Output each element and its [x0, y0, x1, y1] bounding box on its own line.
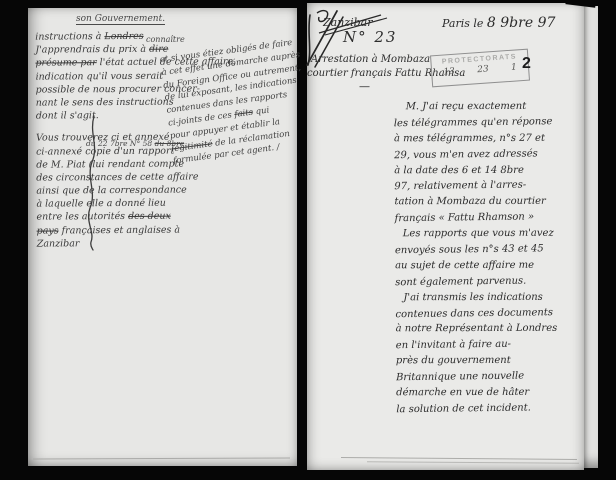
- manuscript-line: à laquelle elle a donné lieu: [36, 197, 206, 211]
- manuscript-line: Britannique une nouvelle: [396, 368, 588, 386]
- manuscript-line: sont également parvenus.: [395, 273, 587, 291]
- dateline-place: Paris le: [442, 17, 483, 30]
- manuscript-line: en l'invitant à faire au-: [396, 336, 588, 354]
- manuscript-line: à mes télégrammes, n°s 27 et: [394, 131, 586, 147]
- manuscript-line: entre les autorités des deux: [36, 210, 206, 224]
- manuscript-line: tation à Mombaza du courtier: [394, 194, 586, 210]
- stamp-field-2: 23: [477, 64, 489, 75]
- manuscript-line: instructions à Londres: [35, 29, 205, 43]
- page-bottom-edge-line: [33, 458, 290, 460]
- subject-line-1: Arrestation à Mombaza: [311, 54, 430, 65]
- interline-insert-text: son Gouvernement.: [76, 14, 165, 25]
- marginal-insert-block: et si vous étiez obligés de faire à cet …: [159, 35, 323, 169]
- separator-dash: —: [359, 80, 370, 93]
- page-edge-strip: [584, 6, 598, 468]
- page-stack-edge-line: [341, 457, 577, 460]
- manuscript-line: J'ai transmis les indications: [395, 289, 587, 305]
- manuscript-line: près du gouvernement: [396, 353, 588, 369]
- left-page: son Gouvernement. connaître du 22 7bre N…: [28, 8, 297, 466]
- folio-number: 2: [522, 55, 531, 73]
- stamp-field-3: 1: [511, 62, 517, 72]
- page-stack-edge-line: [367, 461, 579, 463]
- manuscript-line: M. J'ai reçu exactement: [394, 99, 586, 115]
- manuscript-line: les télégrammes qu'en réponse: [394, 114, 586, 132]
- deletion-squiggle-mark: [80, 116, 114, 250]
- right-page: Zanzibar N° 23 Arrestation à Mombaza cou…: [307, 3, 584, 470]
- protectorats-registry-stamp: PROTECTORATS 13 23 1: [430, 49, 530, 88]
- manuscript-line: la solution de cet incident.: [396, 400, 588, 418]
- dispatch-number: N° 23: [343, 28, 397, 46]
- manuscript-line: pays françaises et anglaises à: [37, 223, 207, 237]
- manuscript-line: envoyés sous les n°s 43 et 45: [395, 241, 587, 259]
- stamp-field-1: 13: [443, 67, 455, 78]
- dateline: Paris le 8 9bre 97: [442, 15, 555, 31]
- manuscript-line: des circonstances de cette affaire: [36, 170, 206, 184]
- manuscript-line: démarche en vue de hâter: [396, 385, 588, 401]
- manuscript-line: ainsi que de la correspondance: [36, 183, 206, 197]
- manuscript-line: Zanzibar: [37, 236, 207, 250]
- letter-body: M. J'ai reçu exactement les télégrammes …: [394, 98, 589, 417]
- manuscript-line: 29, vous m'en avez adressés: [394, 145, 586, 163]
- manuscript-line: Les rapports que vous m'avez: [395, 226, 587, 242]
- dateline-date: 8 9bre 97: [487, 15, 555, 31]
- manuscript-line: français « Fattu Rhamson »: [395, 209, 587, 227]
- scanned-manuscript: son Gouvernement. connaître du 22 7bre N…: [0, 0, 616, 480]
- manuscript-line: au sujet de cette affaire me: [395, 258, 587, 274]
